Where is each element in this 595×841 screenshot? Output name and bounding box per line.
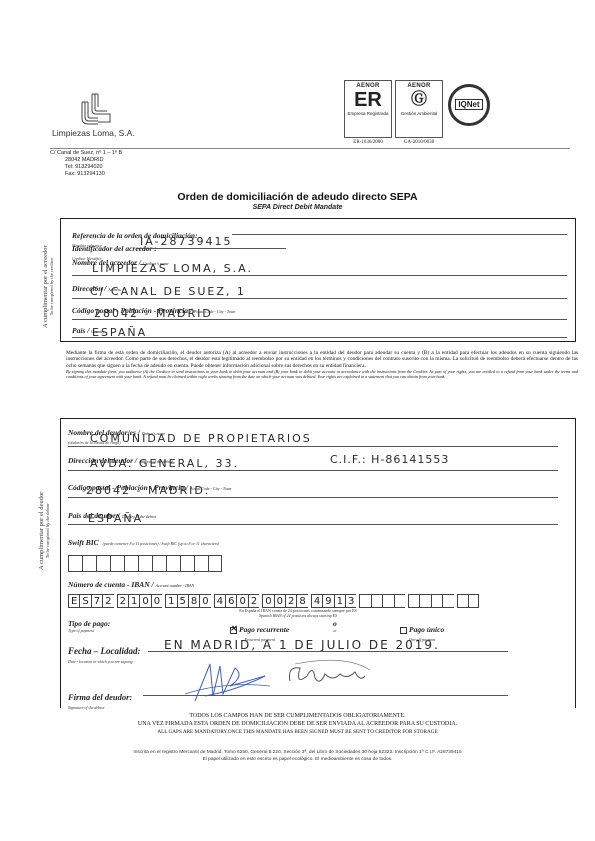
character-cell[interactable] [110, 555, 124, 572]
footer-english-notice: ALL GAPS ARE MANDATORY.ONCE THIS MANDATE… [0, 729, 595, 735]
document-subtitle: SEPA Direct Debit Mandate [0, 204, 595, 211]
debtor-country-field[interactable]: País del deudor / Country of the debtor … [68, 505, 558, 523]
field-line [72, 337, 567, 338]
character-cell[interactable]: E [68, 594, 79, 608]
character-cell[interactable]: 0 [262, 594, 273, 608]
field-value: IA-28739415 [140, 235, 233, 248]
field-line [136, 248, 286, 249]
character-cell[interactable] [124, 555, 138, 572]
field-value: COMUNIDAD DE PROPIETARIOS [90, 432, 312, 445]
character-cell[interactable]: 2 [285, 594, 296, 608]
debtor-postal-field[interactable]: Código postal - Población - Provincia / … [68, 477, 558, 495]
character-cell[interactable] [371, 594, 382, 608]
field-sublabel: Type of payment [68, 628, 568, 633]
character-cell[interactable] [152, 555, 166, 572]
side-label-es: A cumplimentar por el acreedor [42, 245, 49, 328]
character-cell[interactable]: 1 [165, 594, 176, 608]
character-cell[interactable]: 8 [296, 594, 307, 608]
field-value: LIMPIEZAS LOMA, S.A. [92, 262, 253, 275]
character-cell[interactable] [68, 555, 82, 572]
legal-text: Mediante la firma de esta orden de domic… [66, 350, 578, 379]
debtor-side-label: A cumplimentar por el deudor To be compl… [38, 492, 50, 570]
payment-type-row: Tipo de pago: Type of payment Pago recur… [68, 619, 568, 633]
character-cell[interactable] [431, 594, 442, 608]
debtor-name-field[interactable]: Nombre del deudor/es / Debtor's name (ti… [68, 422, 558, 445]
field-line [68, 446, 558, 447]
character-cell[interactable] [382, 594, 393, 608]
creditor-name-field[interactable]: Nombre del acreedor / Creditor's name LI… [72, 252, 567, 270]
address-phone: Tel: 913294020 [50, 164, 122, 171]
character-cell[interactable] [96, 555, 110, 572]
company-address: C/ Canal de Suez, nº 1 – 1º B 28042 MADR… [50, 150, 122, 178]
registry-info: Inscrita en el registro Mercantil de Mad… [0, 750, 595, 755]
field-line [232, 234, 567, 235]
swift-bic-field[interactable]: Swift BIC (puede contener 8 u 11 posicio… [68, 532, 558, 572]
legal-text-es: Mediante la firma de esta orden de domic… [66, 350, 578, 369]
character-cell[interactable]: 5 [177, 594, 188, 608]
character-cell[interactable]: 0 [199, 594, 210, 608]
company-logo [76, 92, 116, 126]
field-label: Swift BIC [68, 538, 99, 547]
character-cell[interactable]: 2 [102, 594, 113, 608]
footer-mandatory-notice: TODOS LOS CAMPOS HAN DE SER CUMPLIMENTAD… [0, 713, 595, 719]
character-cell[interactable]: 1 [128, 594, 139, 608]
character-cell[interactable] [468, 594, 479, 608]
character-cell[interactable]: 0 [151, 594, 162, 608]
character-cell[interactable]: 0 [274, 594, 285, 608]
character-cell[interactable]: 4 [214, 594, 225, 608]
cert-caption: Gestión Ambiental [396, 111, 442, 116]
address-street: C/ Canal de Suez, nº 1 – 1º B [50, 150, 122, 157]
character-cell[interactable]: 8 [188, 594, 199, 608]
cert-mark: ER [345, 89, 391, 111]
field-line [68, 470, 558, 471]
cert-caption: Empresa Registrada [345, 111, 391, 116]
field-label: Firma del deudor: [68, 692, 132, 702]
recurrent-checkbox[interactable] [230, 627, 237, 634]
character-cell[interactable] [166, 555, 180, 572]
side-label-es: A cumplimentar por el deudor [38, 492, 45, 570]
iqnet-certification-seal: IQNet [448, 84, 490, 126]
creditor-address-field[interactable]: Dirección / Address C/ CANAL DE SUEZ, 1 [72, 278, 567, 296]
address-fax: Fax: 913294130 [50, 171, 122, 178]
debtor-signature-field[interactable]: Firma del deudor: Signature of the debto… [68, 687, 568, 710]
legal-text-en: By signing this mandate form, you author… [66, 369, 578, 379]
company-name: Limpiezas Loma, S.A. [52, 128, 135, 138]
debtor-address-field[interactable]: Dirección del deudor / Address of the de… [68, 450, 558, 468]
address-city: 28042 MADRID [50, 157, 122, 164]
or-separator: o or [333, 619, 337, 633]
character-cell[interactable] [180, 555, 194, 572]
character-cell[interactable] [359, 594, 370, 608]
character-cell[interactable]: 1 [334, 594, 345, 608]
character-cell[interactable] [408, 594, 419, 608]
cert-code: GA-2010/0038 [396, 140, 442, 145]
field-line [68, 524, 558, 525]
character-cell[interactable]: 3 [345, 594, 356, 608]
eco-notice: El papel utilizado en este escrito es pa… [0, 757, 595, 762]
character-cell[interactable]: 7 [91, 594, 102, 608]
creditor-side-label: A cumplimentar por el acreedor To be com… [42, 245, 54, 328]
aenor-er-certification: AENOR ER Empresa Registrada ER-1636/2000 [344, 80, 392, 138]
header-divider [50, 148, 570, 149]
debtor-cif: C.I.F.: H-86141553 [330, 453, 449, 466]
swift-bic-cells[interactable] [68, 555, 558, 572]
field-line [72, 275, 567, 276]
character-cell[interactable]: S [79, 594, 90, 608]
character-cell[interactable] [82, 555, 96, 572]
character-cell[interactable] [457, 594, 468, 608]
iban-cells[interactable]: ES7221001580460200284913 [68, 594, 568, 608]
footer-custody-notice: UNA VEZ FIRMADA ESTA ORDEN DE DOMICILIAC… [0, 721, 595, 727]
field-line [72, 298, 567, 299]
field-line [148, 651, 508, 652]
field-value: C/ CANAL DE SUEZ, 1 [90, 285, 246, 298]
creditor-country-field[interactable]: País / Country ESPAÑA [72, 320, 567, 338]
character-cell[interactable] [208, 555, 222, 572]
document-title: Orden de domiciliación de adeudo directo… [0, 191, 595, 203]
iban-field[interactable]: Número de cuenta - IBAN / Account number… [68, 574, 568, 618]
character-cell[interactable]: 2 [117, 594, 128, 608]
field-hint: (puede contener 8 u 11 posiciones) / Swi… [103, 541, 220, 546]
character-cell[interactable] [138, 555, 152, 572]
character-cell[interactable] [419, 594, 430, 608]
character-cell[interactable]: 2 [248, 594, 259, 608]
character-cell[interactable] [394, 594, 405, 608]
character-cell[interactable] [194, 555, 208, 572]
character-cell[interactable]: 0 [236, 594, 247, 608]
field-value: EN MADRID, A 1 DE JULIO DE 2019. [164, 638, 440, 652]
aenor-ga-certification: AENOR Ⓖ Gestión Ambiental GA-2010/0038 [395, 80, 443, 138]
field-value: 28042 - MADRID. [86, 484, 210, 497]
character-cell[interactable]: 6 [225, 594, 236, 608]
iban-hint-en: Spanish IBAN of 24 positions always star… [28, 613, 568, 618]
field-label: Número de cuenta - IBAN / Account number… [68, 580, 194, 589]
field-line [68, 497, 558, 498]
field-label: Fecha – Localidad: [68, 646, 141, 656]
cert-code: ER-1636/2000 [345, 140, 391, 145]
field-sublabel: Signature of the debtor [68, 705, 568, 710]
side-label-en: To be completed by the debtor [45, 492, 50, 570]
side-label-en: To be completed by the creditor [49, 245, 54, 328]
ga-mark-icon: Ⓖ [396, 89, 442, 111]
one-off-checkbox[interactable] [400, 627, 407, 634]
field-line [143, 695, 508, 696]
creditor-postal-field[interactable]: Código postal - Población - Provincia / … [72, 300, 567, 318]
field-label: Tipo de pago: [68, 619, 568, 628]
iqnet-label: IQNet [455, 99, 482, 110]
character-cell[interactable]: 0 [139, 594, 150, 608]
character-cell[interactable] [442, 594, 453, 608]
field-value: AVDA. GENERAL, 33. [90, 457, 239, 470]
character-cell[interactable]: 4 [311, 594, 322, 608]
character-cell[interactable]: 9 [322, 594, 333, 608]
